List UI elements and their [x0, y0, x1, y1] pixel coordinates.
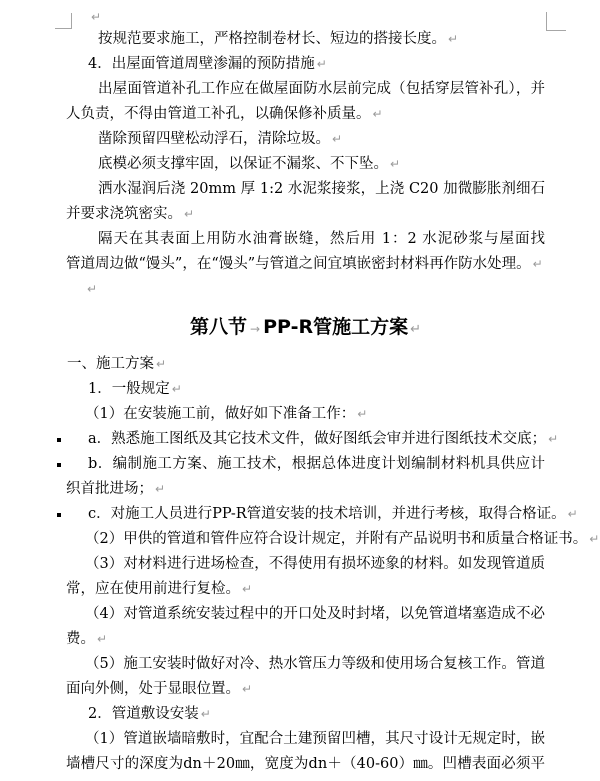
- tab-mark-icon: →: [250, 322, 260, 336]
- paragraph-mark-icon: ↵: [332, 132, 342, 146]
- paragraph-mark-icon: ↵: [97, 632, 107, 646]
- line-text: 常，应在使用前进行复检。: [66, 581, 240, 597]
- line-text: （1）管道嵌墙暗敷时，宜配合土建预留凹槽，其尺寸设计无规定时，嵌墙暗管: [85, 727, 545, 752]
- text-line: 常，应在使用前进行复检。↵: [66, 577, 545, 602]
- margin-bullet-icon: [57, 513, 61, 517]
- paragraph-mark-icon: ↵: [184, 207, 194, 221]
- text-line: （1）管道嵌墙暗敷时，宜配合土建预留凹槽，其尺寸设计无规定时，嵌墙暗管: [66, 727, 545, 752]
- document-body-upper: 按规范要求施工，严格控制卷材长、短边的搭接长度。↵4．出屋面管道周壁渗漏的预防措…: [66, 27, 545, 302]
- line-text: 出屋面管道补孔工作应在做屋面防水层前完成（包括穿层管补孔），并由专: [98, 77, 545, 102]
- section-heading: 第八节→PP-R管施工方案↵: [66, 302, 545, 352]
- paragraph-mark-icon: ↵: [201, 707, 211, 721]
- line-text: 按规范要求施工，严格控制卷材长、短边的搭接长度。: [98, 31, 446, 47]
- text-line: 4．出屋面管道周壁渗漏的预防措施↵: [66, 52, 545, 77]
- text-line: 织首批进场；↵: [66, 477, 545, 502]
- line-text: 人负责，不得由管道工补孔，以确保修补质量。: [66, 106, 371, 122]
- text-line: 凿除预留四壁松动浮石，清除垃圾。↵: [66, 127, 545, 152]
- paragraph-mark-icon: ↵: [91, 10, 101, 24]
- text-line: （4）对管道系统安装过程中的开口处及时封堵，以免管道堵塞造成不必要的浪: [66, 602, 545, 627]
- text-line: 2．管道敷设安装↵: [66, 702, 545, 727]
- line-text: b．编制施工方案、施工技术，根据总体进度计划编制材料机具供应计划，并组: [88, 452, 545, 477]
- text-line: 人负责，不得由管道工补孔，以确保修补质量。↵: [66, 102, 545, 127]
- line-text: 管道周边做“馒头”，在“馒头”与管道之间宜填嵌密封材料再作防水处理。: [66, 256, 531, 272]
- line-text: 2．管道敷设安装: [88, 706, 199, 722]
- margin-bullet-icon: [57, 438, 61, 442]
- line-text: （2）甲供的管道和管件应符合设计规定，并附有产品说明书和质量合格证书。: [85, 531, 587, 547]
- text-line: b．编制施工方案、施工技术，根据总体进度计划编制材料机具供应计划，并组: [66, 452, 545, 477]
- line-text: 织首批进场；: [66, 481, 153, 497]
- paragraph-mark-icon: ↵: [448, 32, 458, 46]
- text-line: 按规范要求施工，严格控制卷材长、短边的搭接长度。↵: [66, 27, 545, 52]
- text-line: （2）甲供的管道和管件应符合设计规定，并附有产品说明书和质量合格证书。↵: [66, 527, 545, 552]
- line-text: 洒水湿润后浇 20mm 厚 1:2 水泥浆接浆，上浇 C20 加微膨胀剂细石混凝…: [98, 177, 545, 202]
- line-text: c．对施工人员进行PP-R管道安装的技术培训，并进行考核，取得合格证。: [88, 506, 566, 522]
- margin-bullet-icon: [57, 463, 61, 467]
- line-text: 1．一般规定: [88, 381, 170, 397]
- line-text: a．熟悉施工图纸及其它技术文件，做好图纸会审并进行图纸技术交底；: [88, 431, 546, 447]
- paragraph-mark-icon: ↵: [242, 682, 252, 696]
- line-text: （3）对材料进行进场检查，不得使用有损坏迹象的材料。如发现管道质量有异: [85, 552, 545, 577]
- text-line: 墙槽尺寸的深度为dn＋20㎜，宽度为dn＋（40-60）㎜。凹槽表面必须平整，不…: [66, 752, 545, 777]
- section-number: 第八节: [190, 316, 247, 338]
- line-text: （5）施工安装时做好对冷、热水管压力等级和使用场合复核工作。管道标记应: [85, 652, 545, 677]
- line-text: 凿除预留四壁松动浮石，清除垃圾。: [98, 131, 330, 147]
- line-text: 一、施工方案: [67, 356, 154, 372]
- text-line: （5）施工安装时做好对冷、热水管压力等级和使用场合复核工作。管道标记应: [66, 652, 545, 677]
- text-line: 1．一般规定↵: [66, 377, 545, 402]
- paragraph-mark-icon: ↵: [242, 582, 252, 596]
- paragraph-mark-icon: ↵: [357, 407, 367, 421]
- margin-corner-mark-top-right: [546, 12, 566, 31]
- line-text: 隔天在其表面上用防水油膏嵌缝，然后用 1：2 水泥砂浆与屋面找平，并在: [98, 227, 545, 252]
- line-text: 墙槽尺寸的深度为dn＋20㎜，宽度为dn＋（40-60）㎜。凹槽表面必须平整，不…: [66, 752, 545, 777]
- text-line: 面向外侧，处于显眼位置。↵: [66, 677, 545, 702]
- paragraph-mark-icon: ↵: [87, 282, 97, 296]
- line-text: （1）在安装施工前，做好如下准备工作：: [85, 406, 355, 422]
- line-text: （4）对管道系统安装过程中的开口处及时封堵，以免管道堵塞造成不必要的浪: [85, 602, 545, 627]
- text-line: 底模必须支撑牢固，以保证不漏浆、不下坠。↵: [66, 152, 545, 177]
- text-line: 一、施工方案↵: [66, 352, 545, 377]
- text-line: 隔天在其表面上用防水油膏嵌缝，然后用 1：2 水泥砂浆与屋面找平，并在: [66, 227, 545, 252]
- line-text: 面向外侧，处于显眼位置。: [66, 681, 240, 697]
- paragraph-mark-icon: ↵: [172, 382, 182, 396]
- text-line: a．熟悉施工图纸及其它技术文件，做好图纸会审并进行图纸技术交底；↵: [66, 427, 545, 452]
- text-line: 洒水湿润后浇 20mm 厚 1:2 水泥浆接浆，上浇 C20 加微膨胀剂细石混凝…: [66, 177, 545, 202]
- document-page: ↵ 按规范要求施工，严格控制卷材长、短边的搭接长度。↵4．出屋面管道周壁渗漏的预…: [0, 0, 600, 781]
- text-line: 出屋面管道补孔工作应在做屋面防水层前完成（包括穿层管补孔），并由专: [66, 77, 545, 102]
- paragraph-mark-icon: ↵: [533, 257, 543, 271]
- paragraph-mark-icon: ↵: [155, 482, 165, 496]
- paragraph-mark-icon: ↵: [373, 107, 383, 121]
- paragraph-mark-icon: ↵: [317, 57, 327, 71]
- paragraph-mark-icon: ↵: [568, 507, 578, 521]
- document-body-lower: 一、施工方案↵1．一般规定↵（1）在安装施工前，做好如下准备工作：↵a．熟悉施工…: [66, 352, 545, 777]
- line-text: 并要求浇筑密实。: [66, 206, 182, 222]
- text-line: c．对施工人员进行PP-R管道安装的技术培训，并进行考核，取得合格证。↵: [66, 502, 545, 527]
- section-title: PP-R管施工方案: [263, 316, 408, 338]
- text-line: ↵: [66, 277, 545, 302]
- text-line: 费。↵: [66, 627, 545, 652]
- text-line: 管道周边做“馒头”，在“馒头”与管道之间宜填嵌密封材料再作防水处理。↵: [66, 252, 545, 277]
- text-line: （1）在安装施工前，做好如下准备工作：↵: [66, 402, 545, 427]
- paragraph-mark-icon: ↵: [156, 357, 166, 371]
- text-line: 并要求浇筑密实。↵: [66, 202, 545, 227]
- paragraph-mark-icon: ↵: [589, 532, 599, 546]
- paragraph-mark-icon: ↵: [410, 322, 421, 337]
- line-text: 4．出屋面管道周壁渗漏的预防措施: [88, 56, 315, 72]
- paragraph-mark-icon: ↵: [548, 432, 558, 446]
- text-line: （3）对材料进行进场检查，不得使用有损坏迹象的材料。如发现管道质量有异: [66, 552, 545, 577]
- paragraph-mark-icon: ↵: [390, 157, 400, 171]
- line-text: 费。: [66, 631, 95, 647]
- line-text: 底模必须支撑牢固，以保证不漏浆、不下坠。: [98, 156, 388, 172]
